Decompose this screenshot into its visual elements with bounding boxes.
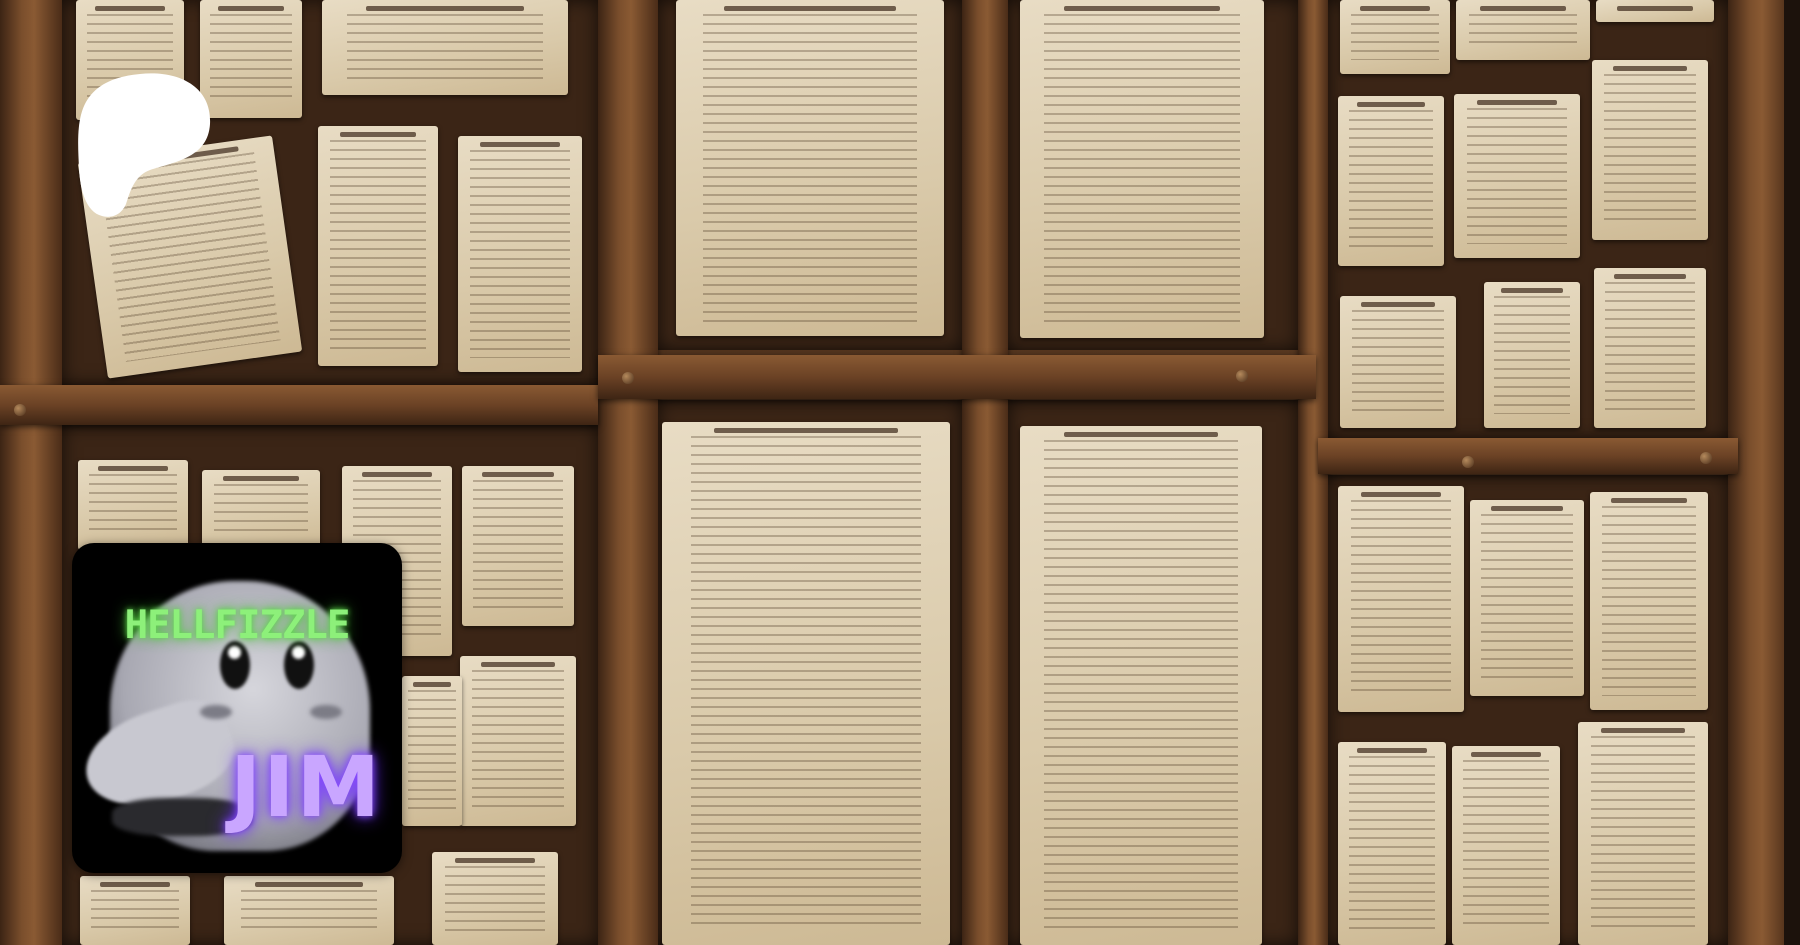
- parchment: [662, 422, 950, 945]
- pin: [622, 372, 634, 384]
- patreon-logo-icon: [78, 72, 212, 218]
- parchment: [224, 876, 394, 945]
- parchment: [462, 466, 574, 626]
- wood-beam: [598, 355, 1316, 399]
- ghost-cheek-right: [310, 705, 342, 719]
- parchment: [1456, 0, 1590, 60]
- ghost-eye-right: [284, 641, 314, 689]
- parchment: [1594, 268, 1706, 428]
- pin: [1236, 370, 1248, 382]
- parchment: [1596, 0, 1714, 22]
- creator-avatar[interactable]: HELLFIZZLE JIM: [72, 543, 402, 873]
- parchment: [1340, 296, 1456, 428]
- parchment: [1020, 426, 1262, 945]
- parchment: [1020, 0, 1264, 338]
- wood-beam: [0, 385, 598, 425]
- parchment: [1454, 94, 1580, 258]
- parchment: [432, 852, 558, 945]
- parchment: [200, 0, 302, 118]
- avatar-text-top: HELLFIZZLE: [102, 603, 372, 648]
- wood-beam: [1318, 438, 1738, 474]
- parchment: [1592, 60, 1708, 240]
- pin: [1700, 452, 1712, 464]
- ghost-eye-left: [220, 641, 250, 689]
- parchment: [1338, 742, 1446, 945]
- parchment: [460, 656, 576, 826]
- ghost-cheek-left: [200, 705, 232, 719]
- parchment: [322, 0, 568, 95]
- parchment: [1470, 500, 1584, 696]
- parchment: [1338, 96, 1444, 266]
- parchment: [458, 136, 582, 372]
- right-edge: [1784, 0, 1800, 945]
- parchment: [1578, 722, 1708, 945]
- parchment: [78, 460, 188, 550]
- wood-post: [598, 0, 658, 945]
- pin: [1462, 456, 1474, 468]
- patreon-logo-icon[interactable]: [78, 72, 212, 218]
- wood-post: [962, 0, 1008, 945]
- parchment: [1590, 492, 1708, 710]
- parchment: [80, 876, 190, 945]
- parchment: [318, 126, 438, 366]
- wood-post: [0, 0, 62, 945]
- parchment: [676, 0, 944, 336]
- parchment: [1340, 0, 1450, 74]
- parchment: [402, 676, 462, 826]
- parchment: [1452, 746, 1560, 945]
- parchment: [1338, 486, 1464, 712]
- avatar-text-bottom: JIM: [230, 738, 382, 836]
- parchment: [202, 470, 320, 550]
- parchment: [1484, 282, 1580, 428]
- pin: [14, 404, 26, 416]
